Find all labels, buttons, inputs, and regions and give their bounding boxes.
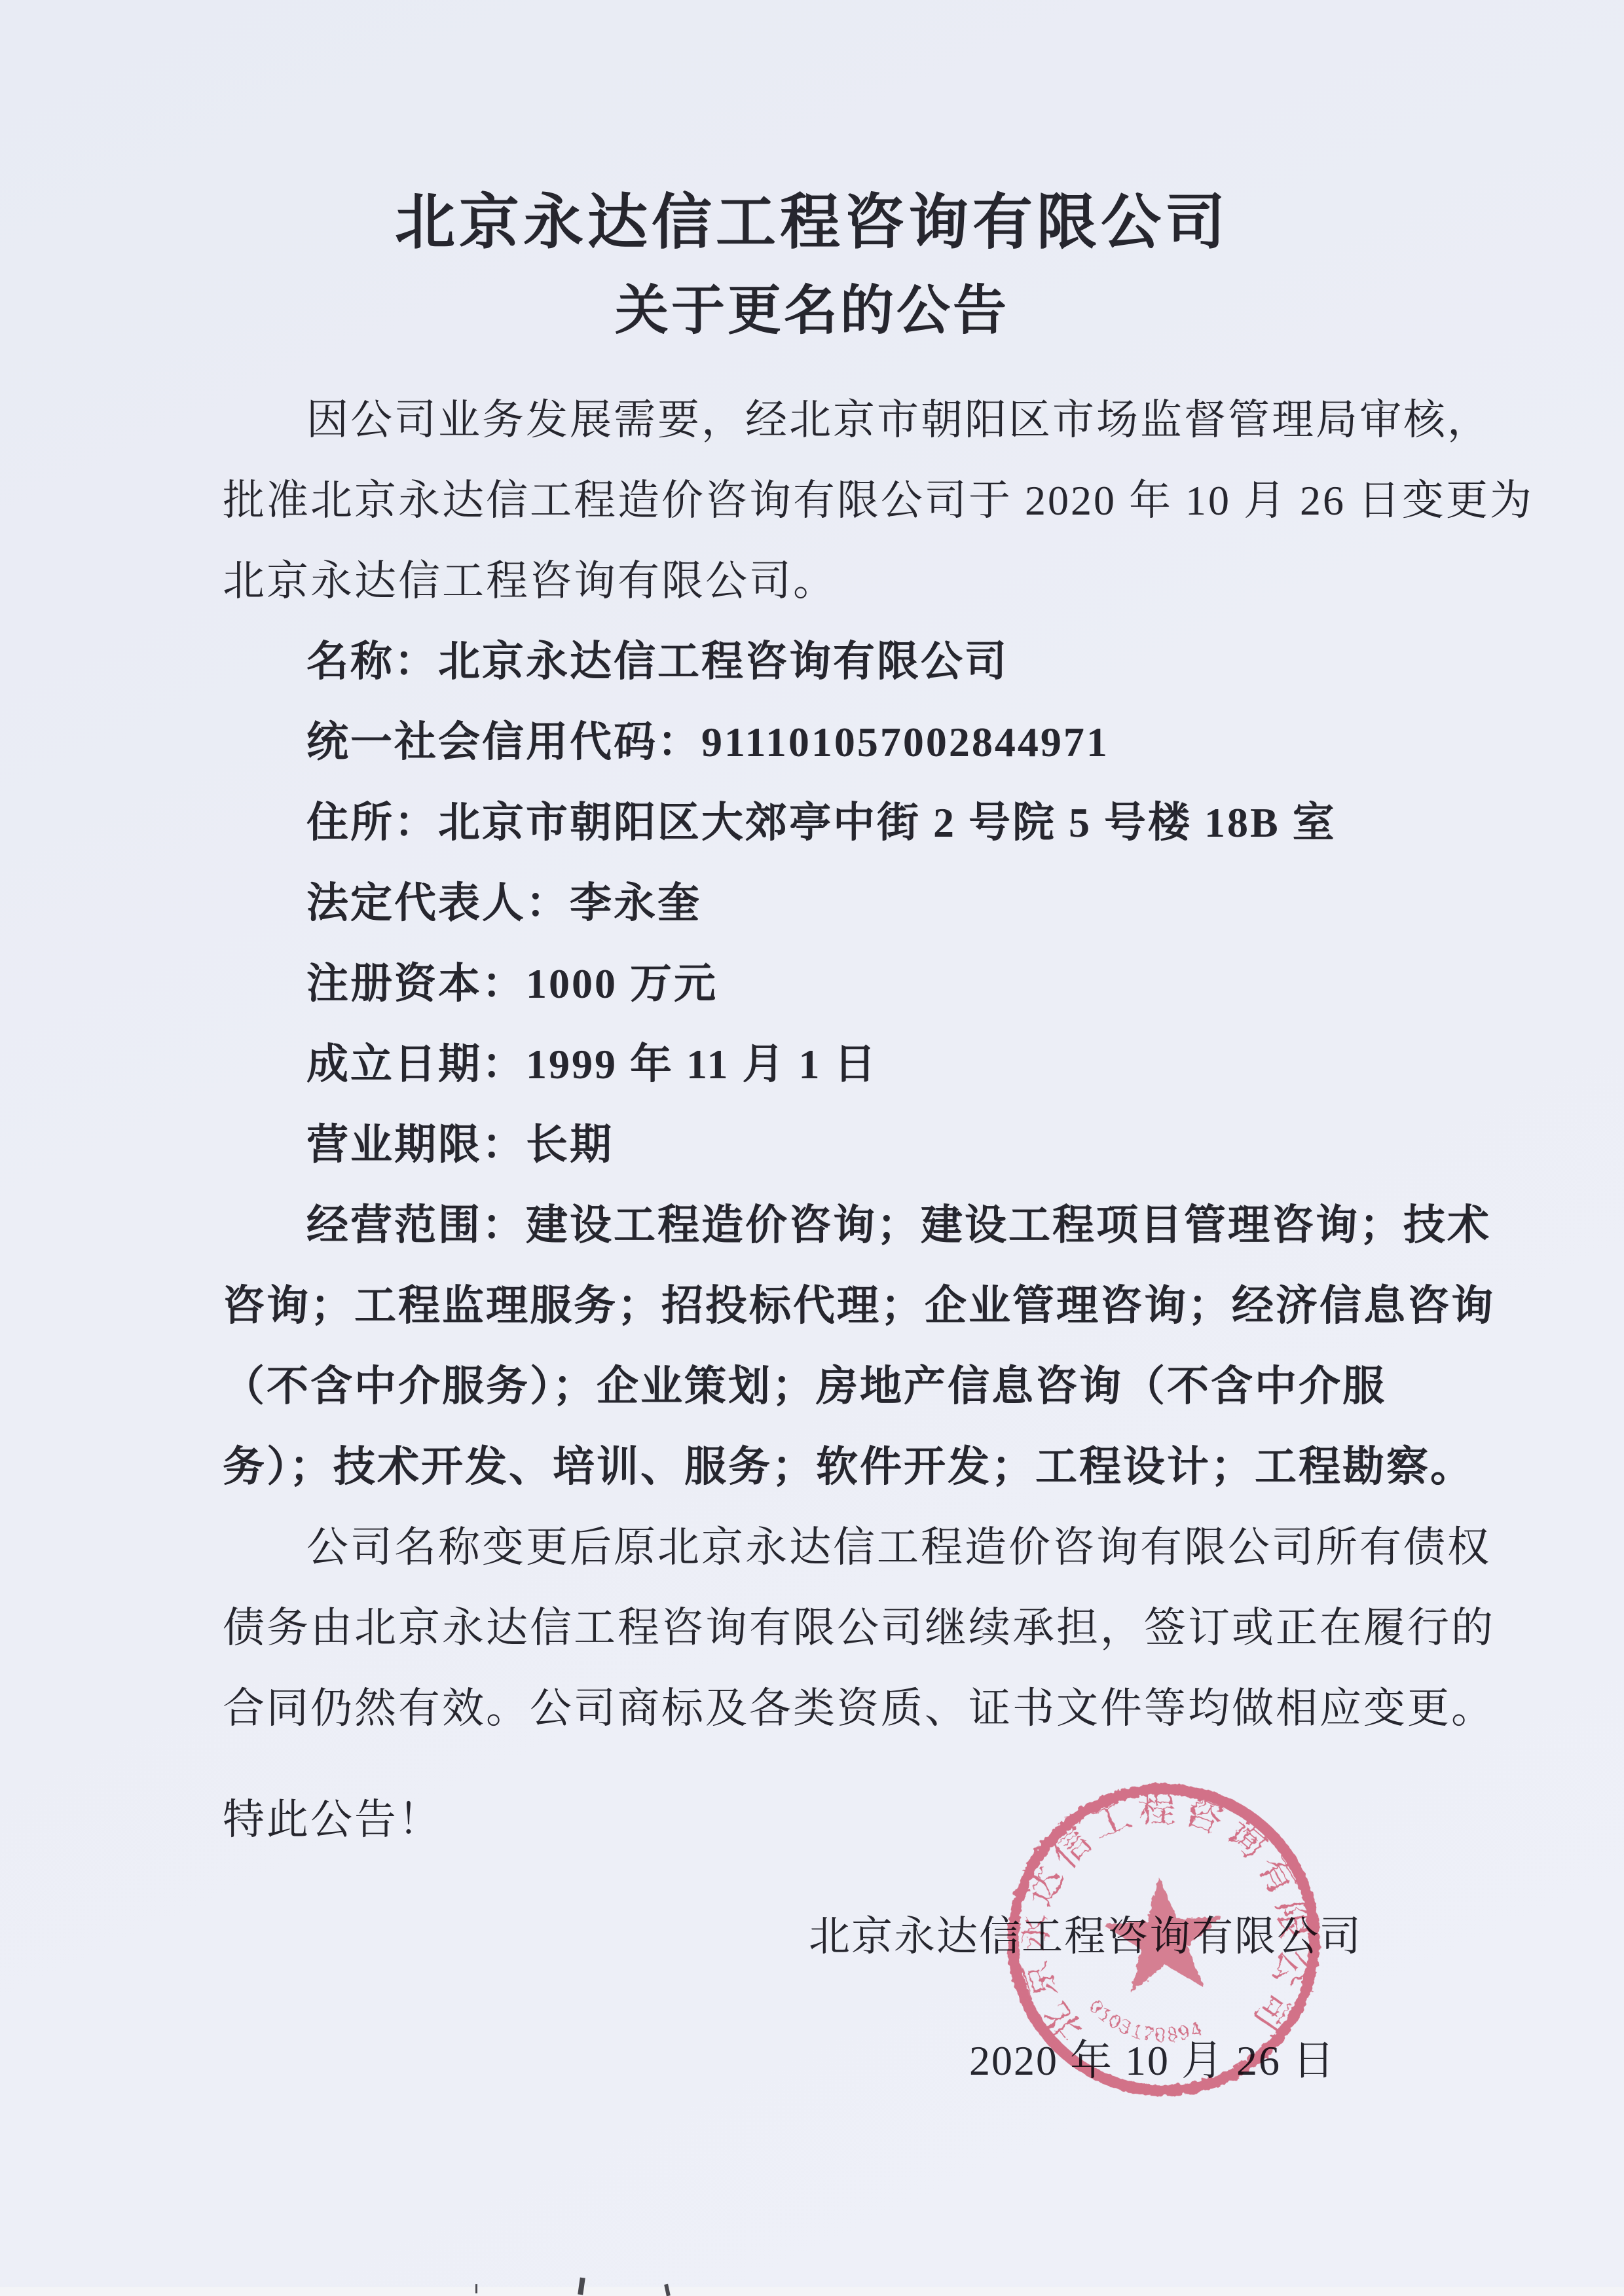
body-line: 因公司业务发展需要，经北京市朝阳区市场监督管理局审核， — [223, 380, 1401, 460]
scan-speck — [475, 2284, 477, 2293]
document-page: 北京永达信工程咨询有限公司 关于更名的公告 因公司业务发展需要，经北京市朝阳区市… — [0, 0, 1624, 2296]
body-line: 法定代表人：李永奎 — [223, 863, 1401, 943]
body-line: 住所：北京市朝阳区大郊亭中街 2 号院 5 号楼 18B 室 — [223, 782, 1401, 863]
body-line: 北京永达信工程咨询有限公司。 — [223, 541, 1401, 621]
body-line: 营业期限：长期 — [223, 1104, 1401, 1185]
body-line: 公司名称变更后原北京永达信工程造价咨询有限公司所有债权 — [223, 1507, 1401, 1588]
signature-line: 北京永达信工程咨询有限公司 — [0, 1897, 1362, 1977]
body-line: 经营范围：建设工程造价咨询；建设工程项目管理咨询；技术 — [223, 1185, 1401, 1266]
page-subtitle: 关于更名的公告 — [0, 278, 1624, 344]
scan-speck — [578, 2278, 585, 2295]
body-line: 务）；技术开发、培训、服务；软件开发；工程设计；工程勘察。 — [223, 1427, 1401, 1507]
body-line: 名称：北京永达信工程咨询有限公司 — [223, 621, 1401, 702]
notice-line: 特此公告！ — [223, 1779, 1401, 1860]
body-line: 注册资本：1000 万元 — [223, 943, 1401, 1024]
body-line: 咨询；工程监理服务；招投标代理；企业管理咨询；经济信息咨询 — [223, 1266, 1401, 1346]
body-line: （不含中介服务）；企业策划；房地产信息咨询（不含中介服 — [223, 1346, 1401, 1427]
scan-bottom-edge — [0, 2287, 1624, 2296]
date-line: 2020 年 10 月 26 日 — [0, 2020, 1336, 2101]
body-line: 合同仍然有效。公司商标及各类资质、证书文件等均做相应变更。 — [223, 1668, 1401, 1749]
body-line: 批准北京永达信工程造价咨询有限公司于 2020 年 10 月 26 日变更为 — [223, 460, 1401, 541]
document-body: 因公司业务发展需要，经北京市朝阳区市场监督管理局审核， 批准北京永达信工程造价咨… — [223, 380, 1401, 1749]
body-line: 统一社会信用代码：911101057002844971 — [223, 702, 1401, 782]
body-line: 债务由北京永达信工程咨询有限公司继续承担，签订或正在履行的 — [223, 1588, 1401, 1668]
page-title: 北京永达信工程咨询有限公司 — [0, 187, 1624, 259]
body-line: 成立日期：1999 年 11 月 1 日 — [223, 1024, 1401, 1104]
scan-speck — [664, 2284, 671, 2296]
